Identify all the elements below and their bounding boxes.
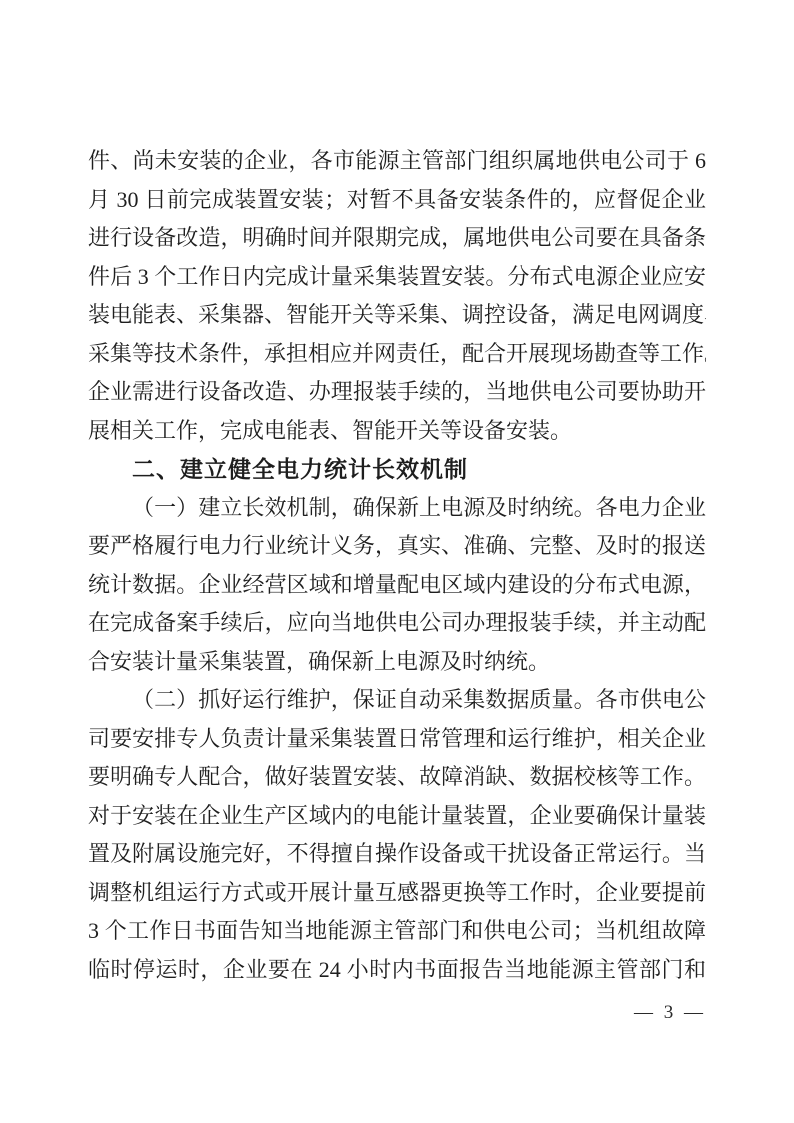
text-line: 采集等技术条件，承担相应并网责任，配合开展现场勘查等工作。: [88, 335, 706, 374]
text-line: 月 30 日前完成装置安装；对暂不具备安装条件的，应督促企业: [88, 181, 706, 220]
text-line: 进行设备改造，明确时间并限期完成，属地供电公司要在具备条: [88, 219, 706, 258]
page-number: — 3 —: [634, 1002, 706, 1024]
text-line: 展相关工作，完成电能表、智能开关等设备安装。: [88, 412, 706, 451]
text-line: 件、尚未安装的企业，各市能源主管部门组织属地供电公司于 6: [88, 142, 706, 181]
text-line: 装电能表、采集器、智能开关等采集、调控设备，满足电网调度、: [88, 296, 706, 335]
text-line: （二）抓好运行维护，保证自动采集数据质量。各市供电公: [88, 681, 706, 720]
text-line: 在完成备案手续后，应向当地供电公司办理报装手续，并主动配: [88, 604, 706, 643]
text-line: （一）建立长效机制，确保新上电源及时纳统。各电力企业: [88, 489, 706, 528]
text-block: 件、尚未安装的企业，各市能源主管部门组织属地供电公司于 6月 30 日前完成装置…: [88, 142, 706, 989]
text-line: 对于安装在企业生产区域内的电能计量装置，企业要确保计量装: [88, 797, 706, 836]
text-line: 司要安排专人负责计量采集装置日常管理和运行维护，相关企业: [88, 720, 706, 759]
text-line: 调整机组运行方式或开展计量互感器更换等工作时，企业要提前: [88, 874, 706, 913]
text-line: 企业需进行设备改造、办理报装手续的，当地供电公司要协助开: [88, 373, 706, 412]
document-page: 件、尚未安装的企业，各市能源主管部门组织属地供电公司于 6月 30 日前完成装置…: [0, 0, 794, 1123]
text-line: 3 个工作日书面告知当地能源主管部门和供电公司；当机组故障: [88, 912, 706, 951]
text-line: 临时停运时，企业要在 24 小时内书面报告当地能源主管部门和: [88, 951, 706, 990]
text-line: 要明确专人配合，做好装置安装、故障消缺、数据校核等工作。: [88, 758, 706, 797]
text-line: 件后 3 个工作日内完成计量采集装置安装。分布式电源企业应安: [88, 258, 706, 297]
section-heading: 二、建立健全电力统计长效机制: [88, 450, 706, 489]
text-line: 统计数据。企业经营区域和增量配电区域内建设的分布式电源，: [88, 566, 706, 605]
text-line: 置及附属设施完好，不得擅自操作设备或干扰设备正常运行。当: [88, 835, 706, 874]
text-line: 要严格履行电力行业统计义务，真实、准确、完整、及时的报送: [88, 527, 706, 566]
text-line: 合安装计量采集装置，确保新上电源及时纳统。: [88, 643, 706, 682]
